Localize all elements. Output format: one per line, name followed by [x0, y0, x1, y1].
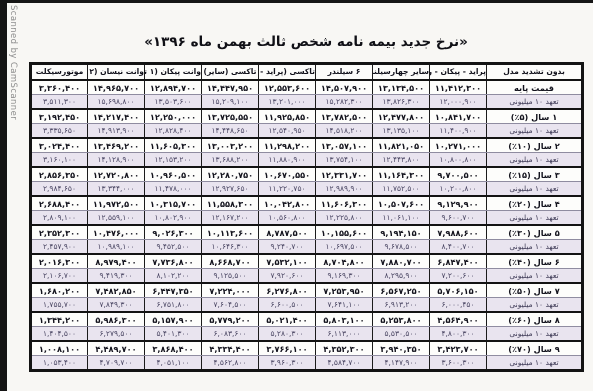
rate-value-cell: ۵,۴۰۱,۳۰۰: [145, 327, 202, 342]
rate-value-cell: ۴,۰۵۱,۱۰۰: [145, 356, 202, 371]
rate-value-cell: ۱۳,۳۴۴,۰۰۰: [88, 182, 145, 197]
rate-value-cell: ۸,۷۰۴,۸۰۰: [316, 254, 373, 269]
table-row: تعهد ۱۰ میلیونی۱۰,۲۰۰,۸۰۰۱۱,۷۵۲,۵۰۰۱۲,۹۸…: [31, 182, 583, 197]
row-label: تعهد ۱۰ میلیونی: [487, 327, 583, 342]
table-row: ۳ سال (۱۵٪)۹,۷۰۰,۵۰۰۱۱,۱۶۴,۳۰۰۱۲,۳۳۱,۷۰۰…: [31, 167, 583, 182]
rate-value-cell: ۵,۲۸۰,۳۰۰: [259, 327, 316, 342]
rate-value-cell: ۵,۲۵۳,۸۰۰: [373, 312, 430, 327]
rate-value-cell: ۱۲,۰۰۰,۹۰۰: [430, 95, 487, 110]
rate-value-cell: ۷,۹۸۸,۶۰۰: [430, 225, 487, 240]
rate-value-cell: ۱۳,۷۸۲,۵۰۰: [316, 109, 373, 124]
rate-value-cell: ۷,۸۸۰,۷۰۰: [373, 254, 430, 269]
scanned-page: Scanned by CamScanner «نرخ جدید بیمه نام…: [0, 0, 593, 391]
rate-value-cell: ۹,۰۲۶,۳۰۰: [145, 225, 202, 240]
rate-value-cell: ۱۰,۹۶۰,۵۰۰: [145, 167, 202, 182]
rate-value-cell: ۸,۷۸۷,۵۰۰: [259, 225, 316, 240]
table-row: ۹ سال (۷۰٪)۳,۴۲۳,۷۰۰۳,۹۴۰,۳۵۰۴,۳۵۲,۳۰۰۳,…: [31, 341, 583, 356]
table-row: ۷ سال (۵۰٪)۵,۷۰۶,۱۵۰۶,۵۶۷,۲۵۰۷,۲۵۳,۹۵۰۶,…: [31, 283, 583, 298]
rate-value-cell: ۱۰,۹۸۹,۱۰۰: [88, 240, 145, 255]
rate-value-cell: ۶,۸۴۷,۴۰۰: [430, 254, 487, 269]
table-row: تعهد ۱۰ میلیونی۶,۰۰۰,۴۵۰۶,۹۱۳,۲۰۰۷,۶۴۱,۱…: [31, 298, 583, 313]
rate-value-cell: ۷,۲۵۳,۹۵۰: [316, 283, 373, 298]
row-label: تعهد ۱۰ میلیونی: [487, 211, 583, 226]
rate-value-cell: ۵,۹۸۶,۳۰۰: [88, 312, 145, 327]
rate-value-cell: ۵,۷۷۹,۲۰۰: [202, 312, 259, 327]
rate-value-cell: ۶,۹۱۳,۲۰۰: [373, 298, 430, 313]
rate-value-cell: ۱۴,۲۱۷,۴۰۰: [88, 109, 145, 124]
table-row: تعهد ۱۰ میلیونی۱۱,۴۰۰,۹۰۰۱۳,۱۳۵,۱۰۰۱۴,۵۱…: [31, 124, 583, 139]
rate-value-cell: ۱۰,۲۷۱,۰۰۰: [430, 138, 487, 153]
rate-value-cell: ۶,۱۱۳,۰۰۰: [316, 327, 373, 342]
rate-value-cell: ۱,۷۵۵,۷۰۰: [31, 298, 88, 313]
rate-value-cell: ۱۳,۵۰۳,۶۰۰: [145, 95, 202, 110]
rate-value-cell: ۷,۵۳۲,۱۰۰: [259, 254, 316, 269]
table-row: ۱ سال (۵٪)۱۰,۸۴۱,۷۰۰۱۲,۴۷۷,۸۰۰۱۳,۷۸۲,۵۰۰…: [31, 109, 583, 124]
rate-value-cell: ۱۴,۴۴۷,۹۵۰: [202, 80, 259, 95]
scan-top-edge: [0, 0, 593, 3]
rate-value-cell: ۳,۴۲۳,۷۰۰: [430, 341, 487, 356]
row-label: ۹ سال (۷۰٪): [487, 341, 583, 356]
rate-value-cell: ۱۲,۵۵۹,۱۰۰: [88, 211, 145, 226]
rate-value-cell: ۷,۷۳۶,۸۰۰: [145, 254, 202, 269]
rate-value-cell: ۱۲,۵۵۳,۶۰۰: [259, 80, 316, 95]
rate-value-cell: ۱۲,۲۸۰,۷۵۰: [202, 167, 259, 182]
table-row: ۲ سال (۱۰٪)۱۰,۲۷۱,۰۰۰۱۱,۸۲۱,۰۵۰۱۳,۰۵۷,۱۰…: [31, 138, 583, 153]
table-header-row: بدون تشدید مدلپراید - پیکان - رنوسایر چه…: [31, 64, 583, 81]
rate-value-cell: ۶,۰۰۰,۴۵۰: [430, 298, 487, 313]
rate-value-cell: ۹,۶۷۸,۵۰۰: [373, 240, 430, 255]
insurance-rate-table: بدون تشدید مدلپراید - پیکان - رنوسایر چه…: [29, 62, 584, 372]
table-row: ۵ سال (۳۰٪)۷,۹۸۸,۶۰۰۹,۱۹۴,۱۵۰۱۰,۱۵۵,۶۰۰۸…: [31, 225, 583, 240]
rate-value-cell: ۱۳,۸۲۶,۳۰۰: [373, 95, 430, 110]
rate-value-cell: ۳,۹۴۰,۳۵۰: [373, 341, 430, 356]
row-label: ۸ سال (۶۰٪): [487, 312, 583, 327]
row-label: تعهد ۱۰ میلیونی: [487, 356, 583, 371]
rate-value-cell: ۱۳,۰۰۳,۲۰۰: [202, 138, 259, 153]
rate-value-cell: ۹,۱۲۹,۹۰۰: [430, 196, 487, 211]
rate-value-cell: ۲,۴۵۷,۹۰۰: [31, 240, 88, 255]
rate-value-cell: ۷,۴۸۲,۸۵۰: [88, 283, 145, 298]
row-label: تعهد ۱۰ میلیونی: [487, 240, 583, 255]
rate-value-cell: ۵,۷۰۶,۱۵۰: [430, 283, 487, 298]
rate-value-cell: ۹,۴۱۹,۳۰۰: [88, 269, 145, 284]
rate-value-cell: ۱۱,۹۷۲,۵۰۰: [88, 196, 145, 211]
rate-value-cell: ۲,۶۸۸,۴۰۰: [31, 196, 88, 211]
row-label: ۷ سال (۵۰٪): [487, 283, 583, 298]
rate-value-cell: ۳,۵۱۱,۳۰۰: [31, 95, 88, 110]
table-row: تعهد ۱۰ میلیونی۳,۶۰۰,۳۰۰۴,۱۴۷,۹۰۰۴,۵۸۴,۷…: [31, 356, 583, 371]
row-label: ۵ سال (۳۰٪): [487, 225, 583, 240]
rate-value-cell: ۱۵,۲۸۲,۳۰۰: [316, 95, 373, 110]
table-row: ۸ سال (۶۰٪)۴,۵۶۴,۹۰۰۵,۲۵۳,۸۰۰۵,۸۰۳,۱۰۰۵,…: [31, 312, 583, 327]
rate-value-cell: ۱۲,۸۲۸,۴۰۰: [145, 124, 202, 139]
rate-value-cell: ۵,۵۳۰,۵۰۰: [373, 327, 430, 342]
rate-value-cell: ۵,۱۵۷,۹۰۰: [145, 312, 202, 327]
rate-value-cell: ۱۰,۸۰۲,۹۰۰: [145, 211, 202, 226]
row-label: تعهد ۱۰ میلیونی: [487, 298, 583, 313]
rate-value-cell: ۱۰,۸۴۱,۷۰۰: [430, 109, 487, 124]
rate-value-cell: ۱۳,۱۳۵,۱۰۰: [373, 124, 430, 139]
rate-value-cell: ۱۲,۵۴۰,۹۵۰: [259, 124, 316, 139]
row-label: ۲ سال (۱۰٪): [487, 138, 583, 153]
rate-value-cell: ۱۰,۲۰۰,۸۰۰: [430, 182, 487, 197]
row-label: تعهد ۱۰ میلیونی: [487, 95, 583, 110]
rate-value-cell: ۱۲,۳۳۱,۷۰۰: [316, 167, 373, 182]
table-row: قیمت پایه۱۱,۴۱۲,۳۰۰۱۳,۱۳۴,۵۰۰۱۴,۵۰۷,۹۰۰۱…: [31, 80, 583, 95]
scan-left-edge: [0, 0, 7, 391]
rate-value-cell: ۱۱,۴۷۸,۰۰۰: [145, 182, 202, 197]
rate-value-cell: ۱۴,۹۶۵,۷۰۰: [88, 80, 145, 95]
rate-value-cell: ۱۳,۰۵۷,۱۰۰: [316, 138, 373, 153]
rate-value-cell: ۹,۷۰۰,۵۰۰: [430, 167, 487, 182]
rate-value-cell: ۸,۲۹۵,۹۰۰: [373, 269, 430, 284]
rate-value-cell: ۱۰,۱۵۵,۶۰۰: [316, 225, 373, 240]
rate-value-cell: ۷,۶۰۴,۵۰۰: [202, 298, 259, 313]
table-row: تعهد ۱۰ میلیونی۱۰,۸۰۰,۸۰۰۱۲,۴۴۳,۸۰۰۱۳,۷۵…: [31, 153, 583, 168]
rate-value-cell: ۱۵,۲۰۹,۱۰۰: [202, 95, 259, 110]
rate-value-cell: ۱۱,۱۶۴,۳۰۰: [373, 167, 430, 182]
rate-value-cell: ۱۳,۴۶۹,۲۰۰: [88, 138, 145, 153]
rate-value-cell: ۱۱,۲۲۰,۷۵۰: [259, 182, 316, 197]
rate-value-cell: ۹,۱۶۹,۳۰۰: [316, 269, 373, 284]
row-label: تعهد ۱۰ میلیونی: [487, 153, 583, 168]
row-label: ۴ سال (۲۰٪): [487, 196, 583, 211]
rate-value-cell: ۳,۶۰۰,۳۰۰: [430, 356, 487, 371]
rate-value-cell: ۹,۴۵۲,۵۰۰: [145, 240, 202, 255]
rate-value-cell: ۱۱,۸۸۰,۹۰۰: [259, 153, 316, 168]
rate-value-cell: ۲,۹۸۴,۶۵۰: [31, 182, 88, 197]
column-header-3: ۶ سیلندر: [316, 64, 373, 81]
rate-value-cell: ۳,۷۶۶,۱۰۰: [259, 341, 316, 356]
rate-value-cell: ۱۱,۰۶۱,۱۰۰: [373, 211, 430, 226]
rate-value-cell: ۹,۱۲۵,۵۰۰: [202, 269, 259, 284]
rate-value-cell: ۳,۱۹۲,۴۵۰: [31, 109, 88, 124]
column-header-1: پراید - پیکان - رنو: [430, 64, 487, 81]
rate-value-cell: ۵,۸۰۳,۱۰۰: [316, 312, 373, 327]
page-title: «نرخ جدید بیمه نامه شخص ثالث بهمن ماه ۱۳…: [28, 34, 584, 50]
rate-value-cell: ۸,۱۰۲,۲۰۰: [145, 269, 202, 284]
rate-value-cell: ۷,۶۴۱,۱۰۰: [316, 298, 373, 313]
rate-value-cell: ۱۳,۶۸۸,۲۰۰: [202, 153, 259, 168]
rate-value-cell: ۴,۸۰۰,۳۰۰: [430, 327, 487, 342]
column-header-0: بدون تشدید مدل: [487, 64, 583, 81]
rate-value-cell: ۴,۵۶۴,۹۰۰: [430, 312, 487, 327]
rate-value-cell: ۴,۷۰۹,۷۰۰: [88, 356, 145, 371]
row-label: تعهد ۱۰ میلیونی: [487, 124, 583, 139]
rate-value-cell: ۱۴,۵۰۷,۹۰۰: [316, 80, 373, 95]
table-row: تعهد ۱۰ میلیونی۷,۲۰۰,۶۰۰۸,۲۹۵,۹۰۰۹,۱۶۹,۳…: [31, 269, 583, 284]
table-row: ۴ سال (۲۰٪)۹,۱۲۹,۹۰۰۱۰,۵۰۷,۶۰۰۱۱,۶۰۶,۳۰۰…: [31, 196, 583, 211]
table-row: تعهد ۱۰ میلیونی۹,۶۰۰,۷۰۰۱۱,۰۶۱,۱۰۰۱۲,۲۲۵…: [31, 211, 583, 226]
row-label: ۳ سال (۱۵٪): [487, 167, 583, 182]
rate-value-cell: ۱,۶۸۰,۲۰۰: [31, 283, 88, 298]
rate-value-cell: ۱۱,۸۲۱,۰۵۰: [373, 138, 430, 153]
rate-value-cell: ۱۲,۸۹۴,۷۰۰: [145, 80, 202, 95]
rate-value-cell: ۱۱,۶۰۶,۳۰۰: [316, 196, 373, 211]
rate-value-cell: ۴,۵۶۲,۸۰۰: [202, 356, 259, 371]
rate-value-cell: ۲,۸۰۹,۱۰۰: [31, 211, 88, 226]
rate-value-cell: ۱۲,۷۲۰,۸۰۰: [88, 167, 145, 182]
rate-value-cell: ۴,۱۴۷,۹۰۰: [373, 356, 430, 371]
rate-value-cell: ۱۳,۷۵۴,۱۰۰: [316, 153, 373, 168]
rate-value-cell: ۱۳,۲۰۱,۰۰۰: [259, 95, 316, 110]
column-header-8: موتورسیکلت: [31, 64, 88, 81]
rate-value-cell: ۴,۴۸۹,۷۰۰: [88, 341, 145, 356]
rate-value-cell: ۶,۰۸۳,۶۰۰: [202, 327, 259, 342]
rate-value-cell: ۶,۴۴۷,۳۵۰: [145, 283, 202, 298]
rate-value-cell: ۳,۱۶۰,۱۰۰: [31, 153, 88, 168]
rate-value-cell: ۶,۵۶۷,۲۵۰: [373, 283, 430, 298]
column-header-7: وانت نیسان (۲ تن): [88, 64, 145, 81]
column-header-6: وانت پیکان (۱ تن): [145, 64, 202, 81]
column-header-4: تاکسی (پراید - رنو): [259, 64, 316, 81]
rate-value-cell: ۲,۸۵۶,۳۵۰: [31, 167, 88, 182]
rate-value-cell: ۱۱,۲۹۸,۲۰۰: [259, 138, 316, 153]
rate-value-cell: ۹,۱۹۴,۱۵۰: [373, 225, 430, 240]
column-header-5: تاکسی (سایر): [202, 64, 259, 81]
rate-value-cell: ۱۵,۶۹۸,۸۰۰: [88, 95, 145, 110]
rate-value-cell: ۶,۲۷۶,۸۰۰: [259, 283, 316, 298]
rate-value-cell: ۶,۶۰۰,۵۰۰: [259, 298, 316, 313]
rate-value-cell: ۱۰,۰۴۲,۸۰۰: [259, 196, 316, 211]
rate-value-cell: ۱۱,۵۵۸,۳۰۰: [202, 196, 259, 211]
table-row: تعهد ۱۰ میلیونی۱۲,۰۰۰,۹۰۰۱۳,۸۲۶,۳۰۰۱۵,۲۸…: [31, 95, 583, 110]
rate-value-cell: ۱,۰۵۳,۴۰۰: [31, 356, 88, 371]
rate-value-cell: ۳,۸۶۸,۴۰۰: [145, 341, 202, 356]
rate-value-cell: ۹,۲۴۰,۷۰۰: [259, 240, 316, 255]
row-label: ۶ سال (۴۰٪): [487, 254, 583, 269]
camscanner-watermark: Scanned by CamScanner: [8, 5, 18, 120]
row-label: ۱ سال (۵٪): [487, 109, 583, 124]
rate-value-cell: ۳,۰۲۴,۴۰۰: [31, 138, 88, 153]
rate-value-cell: ۱۰,۶۷۰,۵۵۰: [259, 167, 316, 182]
rate-value-cell: ۱۴,۴۴۸,۶۵۰: [202, 124, 259, 139]
rate-value-cell: ۳,۳۶۰,۴۰۰: [31, 80, 88, 95]
rate-value-cell: ۳,۹۶۰,۳۰۰: [259, 356, 316, 371]
rate-value-cell: ۱۰,۶۴۶,۳۰۰: [202, 240, 259, 255]
rate-value-cell: ۱,۰۰۸,۱۰۰: [31, 341, 88, 356]
rate-value-cell: ۱۱,۹۲۵,۸۵۰: [259, 109, 316, 124]
rate-value-cell: ۱۲,۱۵۳,۲۰۰: [145, 153, 202, 168]
rate-value-cell: ۱۰,۴۷۶,۰۰۰: [88, 225, 145, 240]
rate-value-cell: ۵,۰۲۱,۴۰۰: [259, 312, 316, 327]
rate-value-cell: ۱۳,۱۳۴,۵۰۰: [373, 80, 430, 95]
rate-value-cell: ۱۴,۹۱۳,۹۰۰: [88, 124, 145, 139]
rate-value-cell: ۷,۹۲۰,۶۰۰: [259, 269, 316, 284]
rate-value-cell: ۲,۰۱۶,۳۰۰: [31, 254, 88, 269]
rate-value-cell: ۴,۳۵۲,۳۰۰: [316, 341, 373, 356]
rate-value-cell: ۱۲,۴۷۷,۸۰۰: [373, 109, 430, 124]
rate-value-cell: ۱۲,۲۵۰,۰۰۰: [145, 109, 202, 124]
rate-value-cell: ۱۰,۱۱۳,۶۰۰: [202, 225, 259, 240]
rate-value-cell: ۹,۶۰۰,۷۰۰: [430, 211, 487, 226]
rate-value-cell: ۱۲,۹۸۹,۹۰۰: [316, 182, 373, 197]
rate-value-cell: ۱۲,۴۴۳,۸۰۰: [373, 153, 430, 168]
row-label: تعهد ۱۰ میلیونی: [487, 182, 583, 197]
rate-value-cell: ۱۰,۵۰۷,۶۰۰: [373, 196, 430, 211]
rate-value-cell: ۱۱,۷۵۲,۵۰۰: [373, 182, 430, 197]
rate-value-cell: ۸,۹۷۹,۴۰۰: [88, 254, 145, 269]
rate-value-cell: ۷,۲۲۴,۰۰۰: [202, 283, 259, 298]
rate-value-cell: ۱۰,۵۶۰,۸۰۰: [259, 211, 316, 226]
rate-value-cell: ۸,۶۶۸,۷۰۰: [202, 254, 259, 269]
rate-value-cell: ۱۲,۲۲۵,۸۰۰: [316, 211, 373, 226]
table-row: تعهد ۱۰ میلیونی۴,۸۰۰,۳۰۰۵,۵۳۰,۵۰۰۶,۱۱۳,۰…: [31, 327, 583, 342]
rate-value-cell: ۷,۲۰۰,۶۰۰: [430, 269, 487, 284]
rate-value-cell: ۳,۳۳۵,۶۵۰: [31, 124, 88, 139]
row-label: قیمت پایه: [487, 80, 583, 95]
rate-value-cell: ۷,۸۴۹,۳۰۰: [88, 298, 145, 313]
rate-value-cell: ۶,۲۷۹,۵۰۰: [88, 327, 145, 342]
rate-value-cell: ۱۱,۴۱۲,۳۰۰: [430, 80, 487, 95]
rate-value-cell: ۱۴,۱۲۸,۹۰۰: [88, 153, 145, 168]
rate-value-cell: ۱,۳۴۴,۲۰۰: [31, 312, 88, 327]
rate-value-cell: ۱۲,۱۶۷,۲۰۰: [202, 211, 259, 226]
table-row: تعهد ۱۰ میلیونی۸,۴۰۰,۷۰۰۹,۶۷۸,۵۰۰۱۰,۶۹۷,…: [31, 240, 583, 255]
rate-value-cell: ۴,۳۳۴,۴۰۰: [202, 341, 259, 356]
rate-value-cell: ۲,۳۵۲,۳۰۰: [31, 225, 88, 240]
rate-value-cell: ۱۰,۶۹۷,۵۰۰: [316, 240, 373, 255]
rate-value-cell: ۱۳,۷۲۵,۵۵۰: [202, 109, 259, 124]
rate-value-cell: ۱۰,۸۰۰,۸۰۰: [430, 153, 487, 168]
row-label: تعهد ۱۰ میلیونی: [487, 269, 583, 284]
rate-value-cell: ۱,۴۰۴,۵۰۰: [31, 327, 88, 342]
rate-value-cell: ۲,۱۰۶,۷۰۰: [31, 269, 88, 284]
rate-value-cell: ۴,۵۸۴,۷۰۰: [316, 356, 373, 371]
table-row: ۶ سال (۴۰٪)۶,۸۴۷,۴۰۰۷,۸۸۰,۷۰۰۸,۷۰۴,۸۰۰۷,…: [31, 254, 583, 269]
rate-value-cell: ۱۱,۶۰۵,۳۰۰: [145, 138, 202, 153]
column-header-2: سایر چهارسیلندرها: [373, 64, 430, 81]
rate-value-cell: ۱۰,۳۱۵,۷۰۰: [145, 196, 202, 211]
rate-value-cell: ۱۴,۵۱۸,۲۰۰: [316, 124, 373, 139]
rate-value-cell: ۱۲,۹۲۷,۶۵۰: [202, 182, 259, 197]
rate-value-cell: ۶,۷۵۱,۸۰۰: [145, 298, 202, 313]
rate-value-cell: ۱۱,۴۰۰,۹۰۰: [430, 124, 487, 139]
rate-value-cell: ۸,۴۰۰,۷۰۰: [430, 240, 487, 255]
